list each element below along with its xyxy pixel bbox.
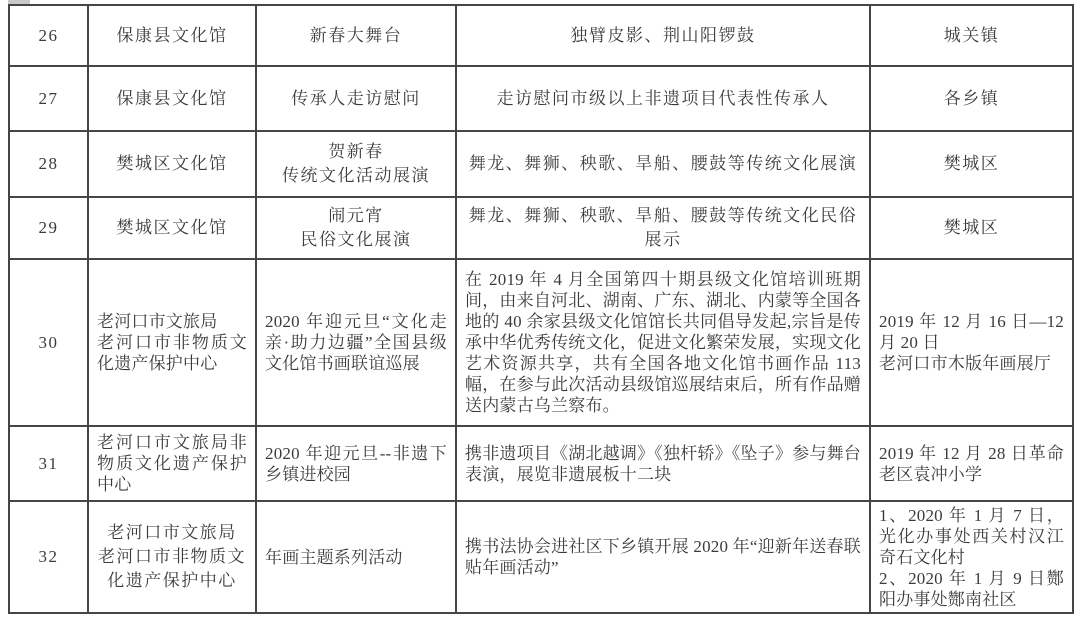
activity-name-cell: 闹元宵 民俗文化展演 (256, 197, 456, 259)
time-location-cell: 2019 年 12 月 28 日革命老区袁冲小学 (870, 426, 1073, 501)
activity-description-cell: 携非遗项目《湖北越调》《独杆轿》《坠子》参与舞台表演，展览非遗展板十二块 (456, 426, 870, 501)
table-row: 31老河口市文旅局非物质文化遗产保护中心2020 年迎元旦--非遗下乡镇进校园携… (9, 426, 1073, 501)
activity-name-cell: 2020 年迎元旦“文化走亲·助力边疆”全国县级文化馆书画联谊巡展 (256, 259, 456, 426)
activity-description-cell: 走访慰问市级以上非遗项目代表性传承人 (456, 66, 870, 131)
activity-name-cell: 2020 年迎元旦--非遗下乡镇进校园 (256, 426, 456, 501)
table-row: 30老河口市文旅局 老河口市非物质文化遗产保护中心2020 年迎元旦“文化走亲·… (9, 259, 1073, 426)
organization-cell: 老河口市文旅局 老河口市非物质文化遗产保护中心 (88, 501, 256, 613)
row-number-cell: 32 (9, 501, 88, 613)
row-number-cell: 29 (9, 197, 88, 259)
activity-schedule-table: 26保康县文化馆新春大舞台独臂皮影、荆山阳锣鼓城关镇27保康县文化馆传承人走访慰… (8, 4, 1074, 614)
row-number-cell: 27 (9, 66, 88, 131)
activity-name-cell: 贺新春 传统文化活动展演 (256, 131, 456, 197)
organization-cell: 保康县文化馆 (88, 66, 256, 131)
row-number-cell: 28 (9, 131, 88, 197)
time-location-cell: 城关镇 (870, 5, 1073, 66)
activity-description-cell: 舞龙、舞狮、秧歌、旱船、腰鼓等传统文化民俗展示 (456, 197, 870, 259)
organization-cell: 老河口市文旅局非物质文化遗产保护中心 (88, 426, 256, 501)
activity-name-cell: 年画主题系列活动 (256, 501, 456, 613)
row-number-cell: 31 (9, 426, 88, 501)
time-location-cell: 樊城区 (870, 197, 1073, 259)
activity-description-cell: 舞龙、舞狮、秧歌、旱船、腰鼓等传统文化展演 (456, 131, 870, 197)
table-row: 29樊城区文化馆闹元宵 民俗文化展演舞龙、舞狮、秧歌、旱船、腰鼓等传统文化民俗展… (9, 197, 1073, 259)
time-location-cell: 各乡镇 (870, 66, 1073, 131)
organization-cell: 樊城区文化馆 (88, 131, 256, 197)
schedule-table-body: 26保康县文化馆新春大舞台独臂皮影、荆山阳锣鼓城关镇27保康县文化馆传承人走访慰… (9, 5, 1073, 613)
time-location-cell: 2019 年 12 月 16 日—12 月 20 日 老河口市木版年画展厅 (870, 259, 1073, 426)
organization-cell: 樊城区文化馆 (88, 197, 256, 259)
table-row: 28樊城区文化馆贺新春 传统文化活动展演舞龙、舞狮、秧歌、旱船、腰鼓等传统文化展… (9, 131, 1073, 197)
activity-name-cell: 新春大舞台 (256, 5, 456, 66)
activity-description-cell: 在 2019 年 4 月全国第四十期县级文化馆培训班期间，由来自河北、湖南、广东… (456, 259, 870, 426)
table-row: 26保康县文化馆新春大舞台独臂皮影、荆山阳锣鼓城关镇 (9, 5, 1073, 66)
row-number-cell: 26 (9, 5, 88, 66)
document-page: 26保康县文化馆新春大舞台独臂皮影、荆山阳锣鼓城关镇27保康县文化馆传承人走访慰… (0, 0, 1080, 617)
activity-description-cell: 独臂皮影、荆山阳锣鼓 (456, 5, 870, 66)
organization-cell: 保康县文化馆 (88, 5, 256, 66)
table-row: 32老河口市文旅局 老河口市非物质文化遗产保护中心年画主题系列活动携书法协会进社… (9, 501, 1073, 613)
row-number-cell: 30 (9, 259, 88, 426)
table-row: 27保康县文化馆传承人走访慰问走访慰问市级以上非遗项目代表性传承人各乡镇 (9, 66, 1073, 131)
activity-name-cell: 传承人走访慰问 (256, 66, 456, 131)
organization-cell: 老河口市文旅局 老河口市非物质文化遗产保护中心 (88, 259, 256, 426)
time-location-cell: 1、2020 年 1 月 7 日，光化办事处西关村汉江奇石文化村 2、2020 … (870, 501, 1073, 613)
activity-description-cell: 携书法协会进社区下乡镇开展 2020 年“迎新年送春联贴年画活动” (456, 501, 870, 613)
time-location-cell: 樊城区 (870, 131, 1073, 197)
